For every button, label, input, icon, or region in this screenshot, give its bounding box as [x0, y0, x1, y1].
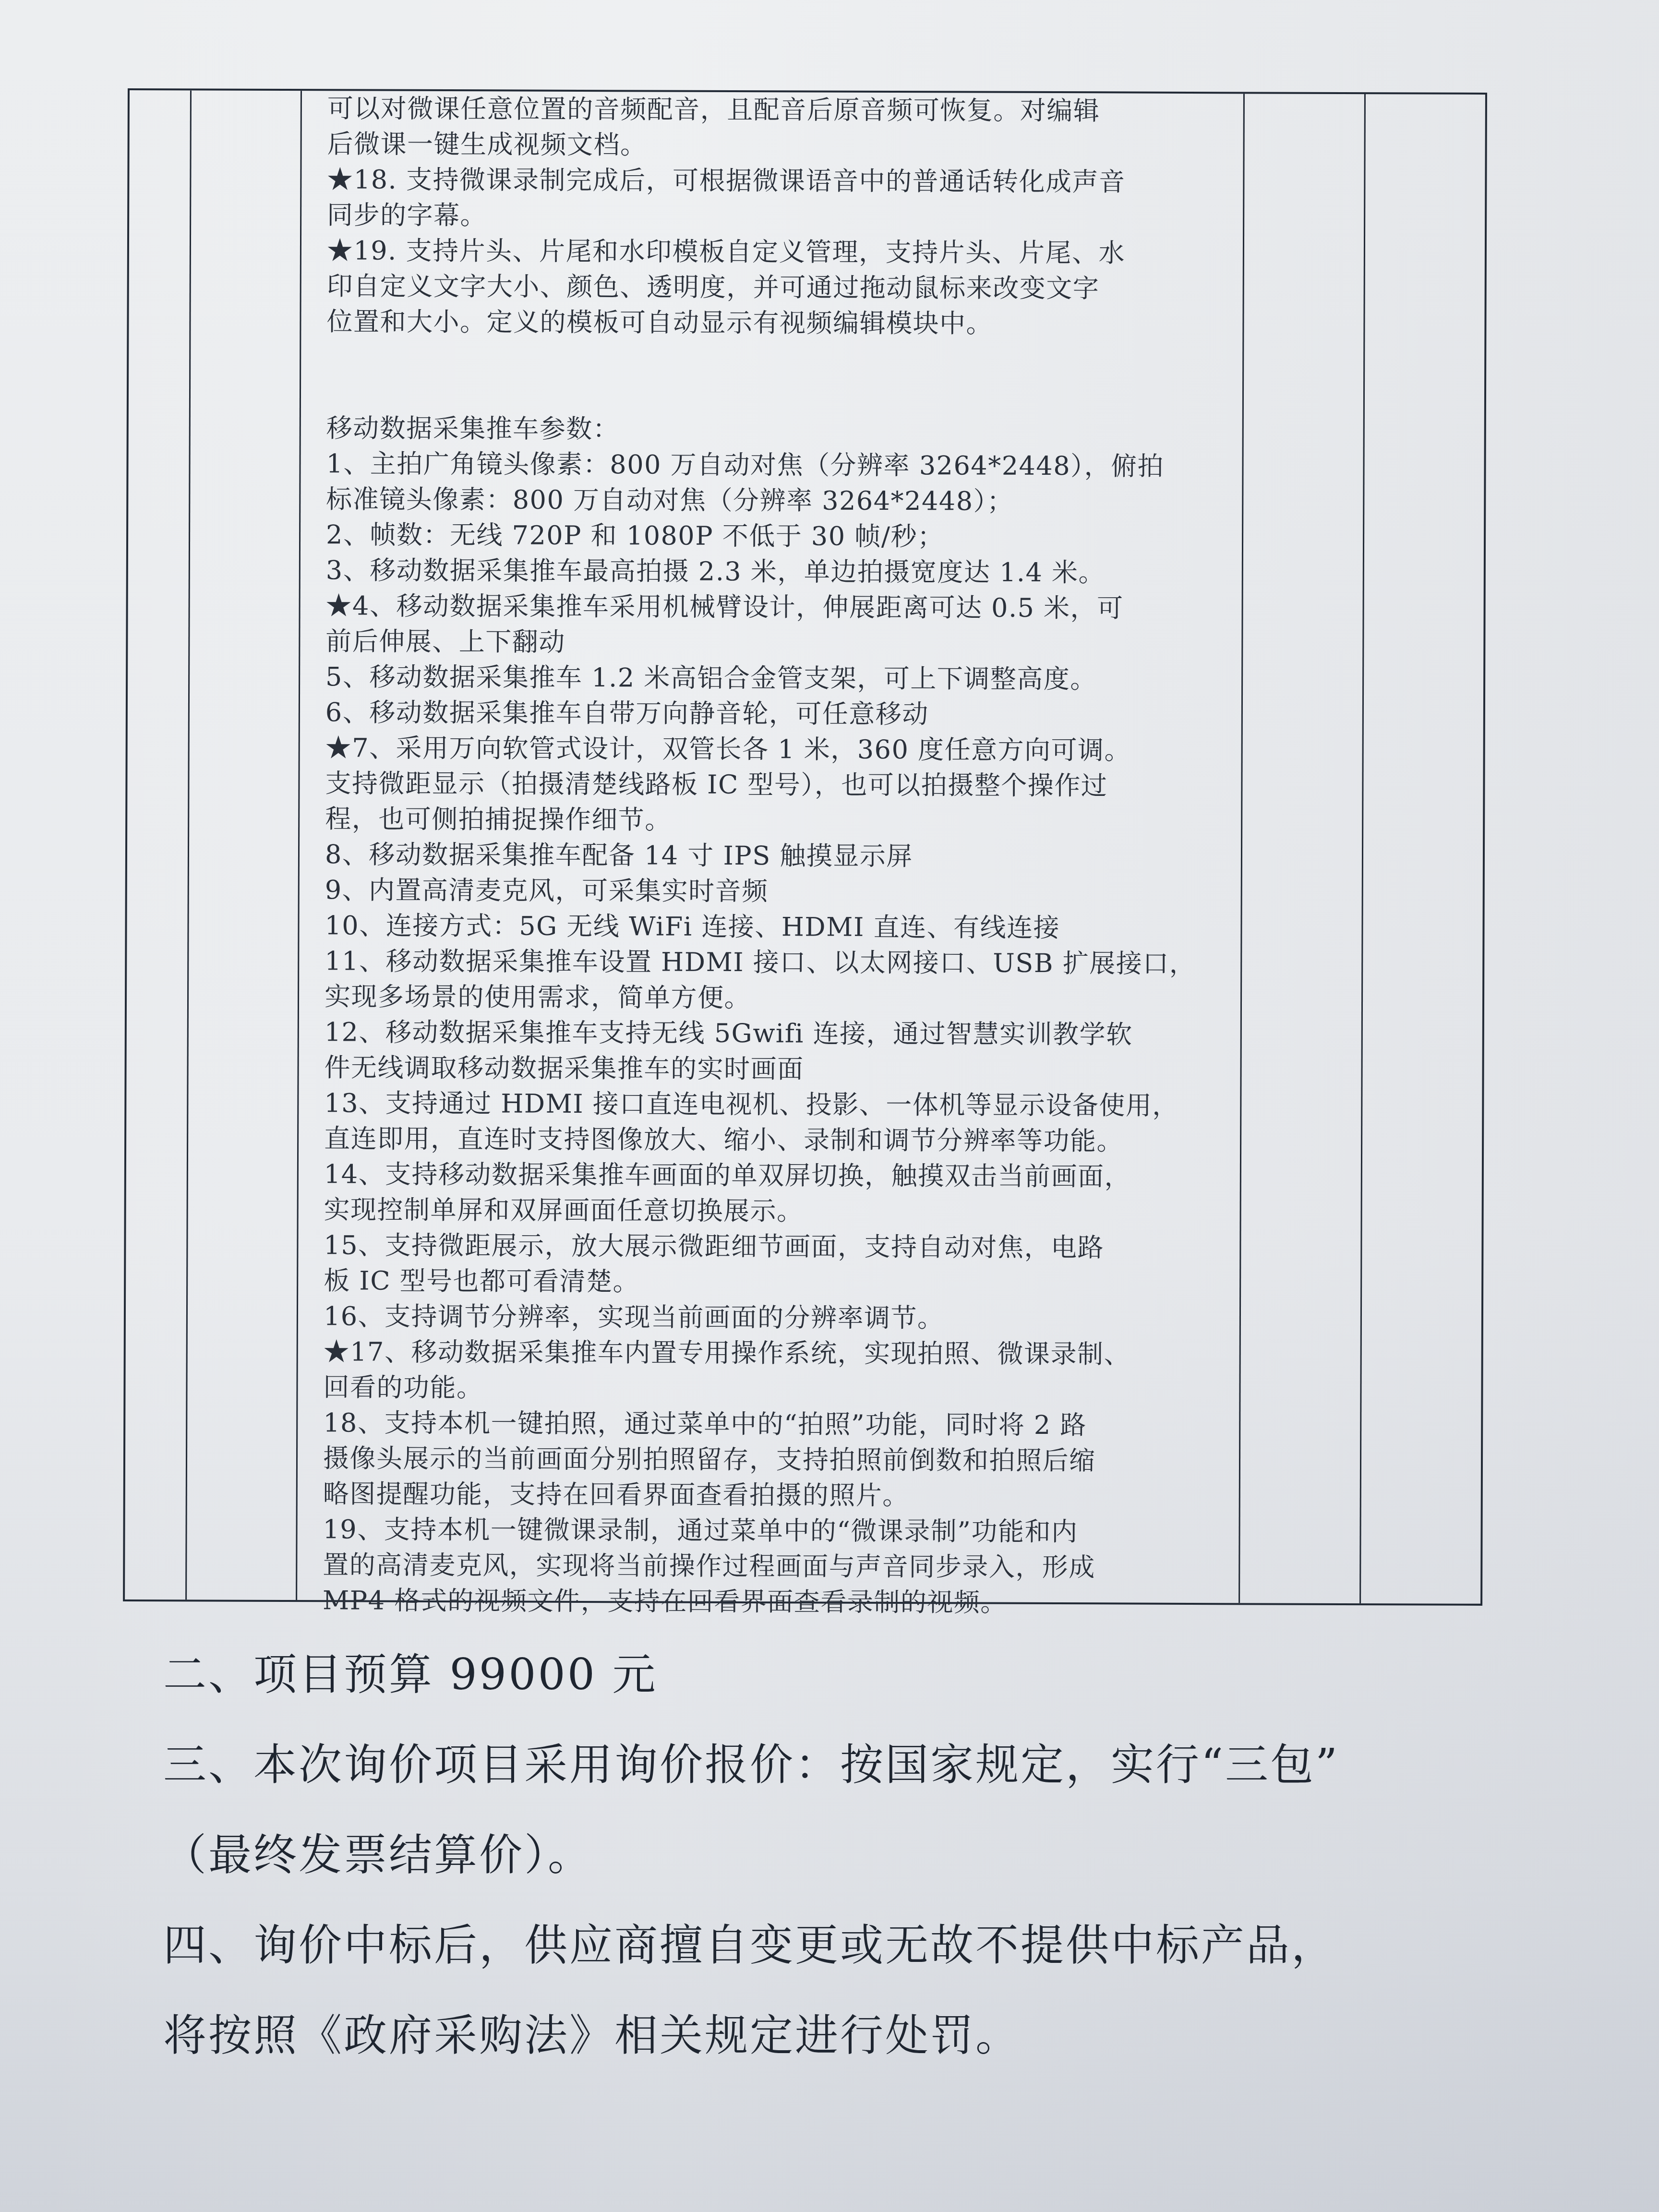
spec-line-starred: ★4、移动数据采集推车采用机械臂设计，伸展距离可达 0.5 米，可: [325, 588, 1235, 626]
spec-line: 14、支持移动数据采集推车画面的单双屏切换，触摸双击当前画面，: [324, 1156, 1233, 1195]
spec-line-starred: ★18. 支持微课录制完成后，可根据微课语音中的普通话转化成声音: [327, 162, 1236, 200]
table-cell-col-4: [1238, 94, 1364, 1603]
spec-line: 直连即用，直连时支持图像放大、缩小、录制和调节分辨率等功能。: [324, 1121, 1233, 1159]
spec-line: 15、支持微距展示，放大展示微距细节画面，支持自动对焦，电路: [324, 1227, 1233, 1266]
spec-line: 2、帧数：无线 720P 和 1080P 不低于 30 帧/秒；: [326, 517, 1235, 555]
spec-line: 前后伸展、上下翻动: [325, 624, 1235, 662]
clauses-section: 二、项目预算 99000 元 三、本次询价项目采用询价报价：按国家规定，实行“三…: [163, 1630, 1459, 2081]
spec-line: 8、移动数据采集推车配备 14 寸 IPS 触摸显示屏: [325, 837, 1234, 875]
spec-line: 11、移动数据采集推车设置 HDMI 接口、以太网接口、USB 扩展接口，: [325, 943, 1234, 982]
spec-section-heading: 移动数据采集推车参数：: [326, 410, 1236, 449]
spec-line: 程，也可侧拍捕捉操作细节。: [325, 801, 1234, 840]
spec-line: 18、支持本机一键拍照，通过菜单中的“拍照”功能，同时将 2 路: [323, 1405, 1232, 1443]
clause-pricing: 三、本次询价项目采用询价报价：按国家规定，实行“三包”: [163, 1720, 1459, 1810]
table-cell-specifications: 可以对微课任意位置的音频配音，且配音后原音频可恢复。对编辑 后微课一键生成视频文…: [304, 91, 1247, 1603]
spec-line: 同步的字幕。: [327, 197, 1236, 236]
spec-line-starred: ★7、采用万向软管式设计，双管长各 1 米，360 度任意方向可调。: [325, 730, 1235, 769]
table-cell-col-5: [1359, 94, 1485, 1604]
clause-penalty-cont: 将按照《政府采购法》相关规定进行处罚。: [163, 1991, 1459, 2081]
spec-line: 6、移动数据采集推车自带万向静音轮，可任意移动: [325, 695, 1235, 733]
spec-line: 印自定义文字大小、颜色、透明度，并可通过拖动鼠标来改变文字: [327, 268, 1236, 307]
spec-text-block: 可以对微课任意位置的音频配音，且配音后原音频可恢复。对编辑 后微课一键生成视频文…: [323, 91, 1237, 1621]
spec-line: 件无线调取移动数据采集推车的实时画面: [324, 1050, 1233, 1088]
clause-budget: 二、项目预算 99000 元: [163, 1630, 1459, 1720]
spec-line: 实现控制单屏和双屏画面任意切换展示。: [324, 1192, 1233, 1230]
spec-table: 可以对微课任意位置的音频配音，且配音后原音频可恢复。对编辑 后微课一键生成视频文…: [123, 88, 1487, 1606]
spec-line: 略图提醒功能，支持在回看界面查看拍摄的照片。: [323, 1476, 1232, 1515]
table-cell-col-2: [185, 90, 301, 1600]
spec-line: 可以对微课任意位置的音频配音，且配音后原音频可恢复。对编辑: [327, 91, 1237, 129]
spec-line: 9、内置高清麦克风，可采集实时音频: [325, 872, 1234, 911]
spec-line: MP4 格式的视频文件，支持在回看界面查看录制的视频。: [323, 1583, 1232, 1621]
blank-gap: [326, 339, 1236, 413]
spec-line: 摄像头展示的当前画面分别拍照留存，支持拍照前倒数和拍照后缩: [323, 1441, 1232, 1479]
spec-line: 5、移动数据采集推车 1.2 米高铝合金管支架，可上下调整高度。: [325, 659, 1235, 697]
spec-line-starred: ★17、移动数据采集推车内置专用操作系统，实现拍照、微课录制、: [324, 1334, 1233, 1372]
clause-pricing-cont: （最终发票结算价）。: [163, 1810, 1459, 1900]
spec-line: 位置和大小。定义的模板可自动显示有视频编辑模块中。: [326, 304, 1236, 342]
spec-line: 3、移动数据采集推车最高拍摄 2.3 米，单边拍摄宽度达 1.4 米。: [326, 553, 1235, 591]
spec-line: 后微课一键生成视频文档。: [327, 126, 1237, 165]
spec-line: 回看的功能。: [323, 1370, 1232, 1408]
spec-line: 13、支持通过 HDMI 接口直连电视机、投影、一体机等显示设备使用，: [324, 1085, 1233, 1124]
spec-line-starred: ★19. 支持片头、片尾和水印模板自定义管理，支持片头、片尾、水: [327, 233, 1236, 271]
spec-line: 16、支持调节分辨率，实现当前画面的分辨率调节。: [324, 1298, 1233, 1337]
spec-line: 12、移动数据采集推车支持无线 5Gwifi 连接，通过智慧实训教学软: [325, 1014, 1234, 1053]
clause-penalty: 四、询价中标后，供应商擅自变更或无故不提供中标产品，: [163, 1900, 1459, 1991]
spec-line: 19、支持本机一键微课录制，通过菜单中的“微课录制”功能和内: [323, 1512, 1232, 1550]
spec-line: 10、连接方式：5G 无线 WiFi 连接、HDMI 直连、有线连接: [325, 908, 1234, 946]
spec-line: 置的高清麦克风，实现将当前操作过程画面与声音同步录入，形成: [323, 1547, 1232, 1586]
table-cell-col-1: [125, 90, 190, 1599]
spec-line: 实现多场景的使用需求，简单方便。: [325, 979, 1234, 1017]
spec-line: 1、主拍广角镜头像素：800 万自动对焦（分辨率 3264*2448），俯拍: [326, 446, 1235, 484]
spec-line: 支持微距显示（拍摄清楚线路板 IC 型号），也可以拍摄整个操作过: [325, 766, 1234, 804]
spec-line: 板 IC 型号也都可看清楚。: [324, 1263, 1233, 1301]
spec-line: 标准镜头像素：800 万自动对焦（分辨率 3264*2448）；: [326, 481, 1235, 520]
